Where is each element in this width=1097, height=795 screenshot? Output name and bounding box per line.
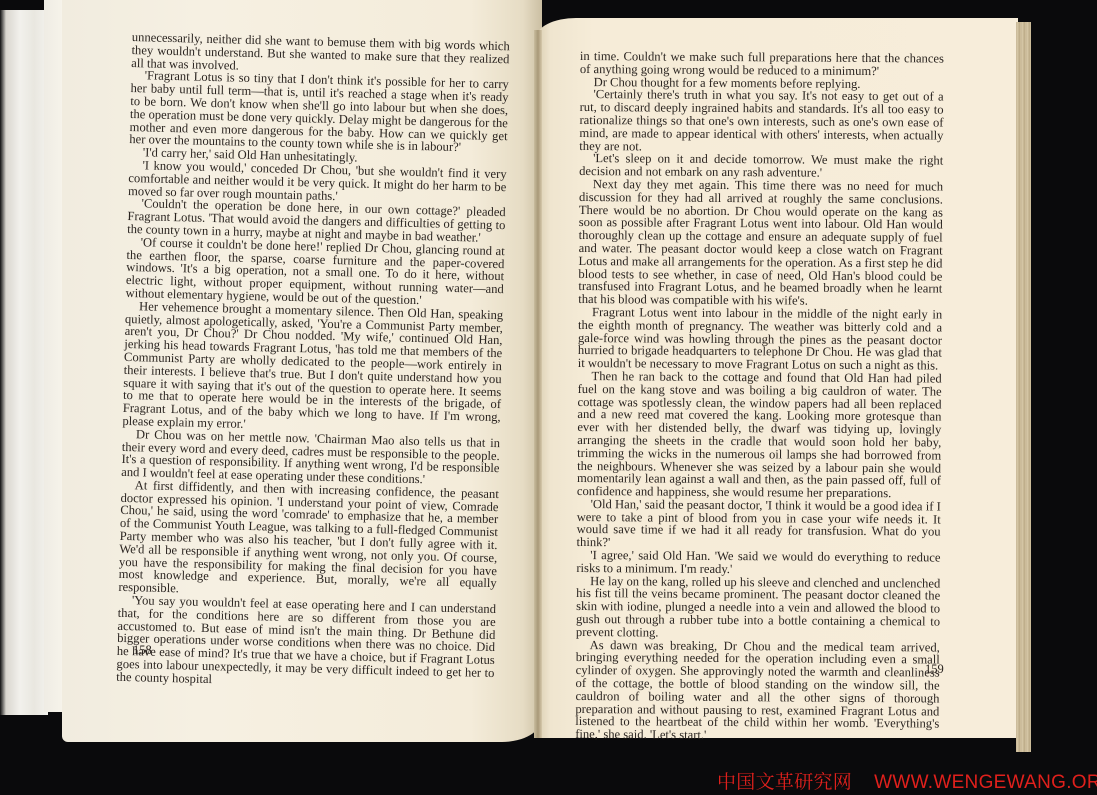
paragraph: in time. Couldn't we make such full prep…: [580, 50, 944, 78]
paragraph: Then he ran back to the cottage and foun…: [577, 370, 942, 501]
paragraph: 'Old Han,' said the peasant doctor, 'I t…: [577, 498, 941, 552]
paragraph: Next day they met again. This time there…: [578, 178, 943, 309]
book-cover-edge-left: [0, 10, 48, 715]
paragraph: 'Fragrant Lotus is so tiny that I don't …: [129, 69, 509, 155]
page-number-right: 159: [925, 662, 944, 677]
paragraph: He lay on the kang, rolled up his sleeve…: [576, 575, 940, 642]
paragraph: 'I agree,' said Old Han. 'We said we wou…: [576, 549, 940, 577]
paragraph: Her vehemence brought a momentary silenc…: [122, 300, 503, 437]
paragraph: 'Let's sleep on it and decide tomorrow. …: [579, 152, 943, 180]
paragraph: 'Of course it couldn't be done here!' re…: [125, 236, 504, 309]
watermark-url: WWW.WENGEWANG.ORG: [874, 772, 1097, 793]
book-page-stack-right: [1016, 22, 1031, 752]
watermark: 中国文革研究网WWW.WENGEWANG.ORG: [717, 767, 1097, 794]
paragraph: 'You say you wouldn't feel at ease opera…: [116, 594, 496, 693]
page-number-left: 158: [133, 643, 152, 658]
right-page-text: in time. Couldn't we make such full prep…: [575, 50, 944, 744]
paragraph: Fragrant Lotus went into labour in the m…: [578, 306, 942, 373]
paragraph: 'Certainly there's truth in what you say…: [579, 88, 943, 155]
paragraph: As dawn was breaking, Dr Chou and the me…: [575, 639, 940, 744]
watermark-chinese: 中国文革研究网: [717, 772, 852, 793]
book-gutter: [534, 30, 542, 738]
left-page-text: unnecessarily, neither did she want to b…: [116, 31, 510, 693]
paragraph: At first diffidently, and then with incr…: [118, 479, 499, 603]
